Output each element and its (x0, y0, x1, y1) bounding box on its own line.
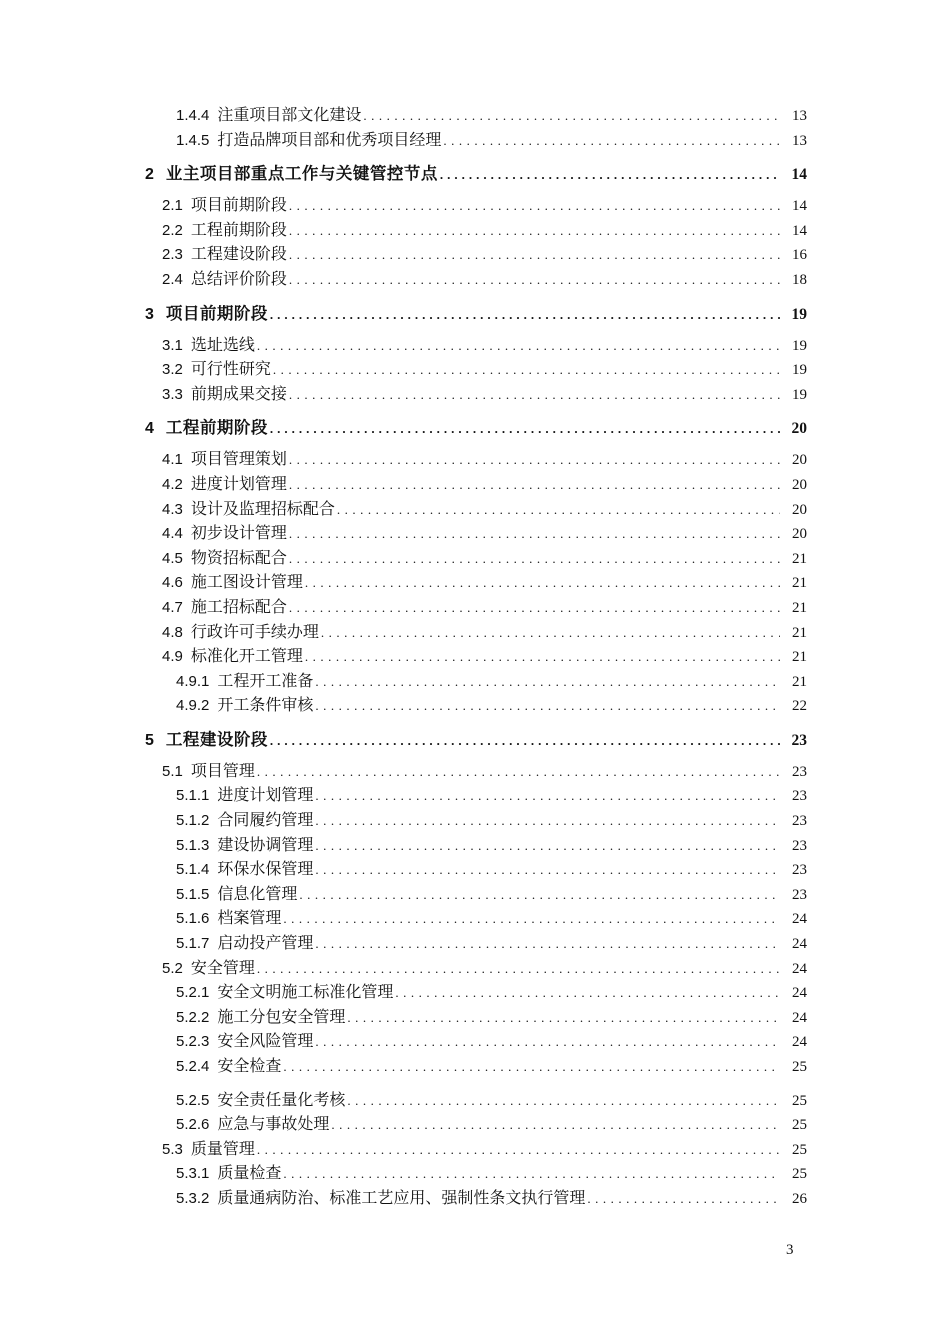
toc-entry-title: 开工条件审核 (217, 694, 313, 719)
toc-entry-page: 13 (783, 129, 807, 154)
toc-entry[interactable]: 4.9 标准化开工管理 ............................… (145, 645, 807, 670)
toc-entry-page: 23 (783, 760, 807, 785)
toc-entry[interactable]: 5.1.3 建设协调管理 ...........................… (145, 834, 807, 859)
toc-entry-title: 行政许可手续办理 (191, 621, 319, 646)
toc-entry-number: 4.1 (162, 448, 183, 473)
toc-entry-number: 1.4.4 (176, 104, 209, 129)
toc-entry[interactable]: 4.1 项目管理策划 .............................… (145, 448, 807, 473)
toc-entry[interactable]: 4.9.1 工程开工准备 ...........................… (145, 670, 807, 695)
toc-entry-page: 24 (783, 907, 807, 932)
toc-entry-page: 18 (783, 268, 807, 293)
toc-entry-number: 4.9 (162, 645, 183, 670)
toc-entry[interactable]: 4.9.2 开工条件审核 ...........................… (145, 694, 807, 719)
toc-entry-title: 项目前期阶段 (166, 301, 268, 327)
toc-entry[interactable]: 2.3 工程建设阶段 .............................… (145, 243, 807, 268)
toc-entry-number: 2.1 (162, 194, 183, 219)
toc-entry[interactable]: 4.7 施工招标配合 .............................… (145, 596, 807, 621)
toc-entry-page: 19 (783, 302, 807, 328)
toc-entry-page: 14 (783, 194, 807, 219)
toc-entry-page: 21 (783, 621, 807, 646)
toc-entry[interactable]: 4.8 行政许可手续办理 ...........................… (145, 621, 807, 646)
toc-entry-number: 4.6 (162, 571, 183, 596)
toc-entry[interactable]: 3.1 选址选线 ...............................… (145, 334, 807, 359)
dot-leader: ........................................… (321, 621, 780, 646)
toc-entry-title: 施工图设计管理 (191, 571, 303, 596)
toc-entry-page: 23 (783, 883, 807, 908)
toc-entry[interactable]: 4.5 物资招标配合 .............................… (145, 547, 807, 572)
toc-entry-number: 5.1.2 (176, 809, 209, 834)
dot-leader: ........................................… (315, 1030, 780, 1055)
dot-leader: ........................................… (315, 670, 780, 695)
toc-entry-title: 进度计划管理 (217, 784, 313, 809)
toc-entry-title: 工程开工准备 (217, 670, 313, 695)
toc-entry-number: 5.2.3 (176, 1030, 209, 1055)
toc-entry-page: 24 (783, 932, 807, 957)
dot-leader: ........................................… (299, 883, 780, 908)
toc-entry-title: 质量检查 (217, 1162, 281, 1187)
toc-entry[interactable]: 5.1 项目管理 ...............................… (145, 760, 807, 785)
toc-entry-number: 5.1.5 (176, 883, 209, 908)
toc-entry-page: 20 (783, 498, 807, 523)
toc-entry-number: 5.2 (162, 957, 183, 982)
toc-entry-page: 14 (783, 162, 807, 188)
dot-leader: ........................................… (257, 957, 780, 982)
toc-entry-number: 5.1.1 (176, 784, 209, 809)
toc-entry-number: 3.1 (162, 334, 183, 359)
toc-entry-title: 进度计划管理 (191, 473, 287, 498)
dot-leader: ........................................… (283, 907, 780, 932)
dot-leader: ........................................… (273, 358, 780, 383)
toc-entry-page: 20 (783, 448, 807, 473)
toc-entry-title: 启动投产管理 (217, 932, 313, 957)
dot-leader: ........................................… (315, 784, 780, 809)
toc-entry-title: 选址选线 (191, 334, 255, 359)
toc-entry-number: 5.1.7 (176, 932, 209, 957)
toc-entry-title: 初步设计管理 (191, 522, 287, 547)
toc-entry[interactable]: 1.4.5 打造品牌项目部和优秀项目经理 ...................… (145, 129, 807, 154)
toc-entry-page: 23 (783, 728, 807, 754)
toc-entry-number: 5.1.3 (176, 834, 209, 859)
toc-entry-title: 施工分包安全管理 (217, 1006, 345, 1031)
toc-entry-title: 信息化管理 (217, 883, 297, 908)
toc-entry-page: 19 (783, 334, 807, 359)
dot-leader: ........................................… (289, 194, 780, 219)
toc-entry-title: 安全管理 (191, 957, 255, 982)
dot-leader: ........................................… (289, 268, 780, 293)
toc-entry-title: 安全责任量化考核 (217, 1089, 345, 1114)
toc-entry[interactable]: 5.1.4 环保水保管理 ...........................… (145, 858, 807, 883)
toc-entry-number: 1.4.5 (176, 129, 209, 154)
toc-entry-number: 5.3.1 (176, 1162, 209, 1187)
toc-entry[interactable]: 5.2.5 安全责任量化考核 .........................… (145, 1089, 807, 1114)
footer-page-number: 3 (786, 1242, 794, 1259)
toc-entry-page: 19 (783, 358, 807, 383)
toc-entry-title: 合同履约管理 (217, 809, 313, 834)
dot-leader: ........................................… (289, 596, 780, 621)
toc-entry-page: 25 (783, 1138, 807, 1163)
toc-entry-title: 注重项目部文化建设 (217, 104, 361, 129)
toc-entry[interactable]: 4.4 初步设计管理 .............................… (145, 522, 807, 547)
toc-entry-number: 2.4 (162, 268, 183, 293)
toc-entry-number: 5.3 (162, 1138, 183, 1163)
toc-entry-number: 3.2 (162, 358, 183, 383)
toc-entry-title: 前期成果交接 (191, 383, 287, 408)
toc-entry[interactable]: 5.2.4 安全检查 .............................… (145, 1055, 807, 1080)
toc-entry[interactable]: 5.1.5 信息化管理 ............................… (145, 883, 807, 908)
dot-leader: ........................................… (289, 522, 780, 547)
dot-leader: ........................................… (289, 243, 780, 268)
toc-entry[interactable]: 2.4 总结评价阶段 .............................… (145, 268, 807, 293)
toc-entry[interactable]: 4.2 进度计划管理 .............................… (145, 473, 807, 498)
toc-entry-page: 21 (783, 596, 807, 621)
toc-entry[interactable]: 2.2 工程前期阶段 .............................… (145, 219, 807, 244)
toc-entry-number: 5.1.6 (176, 907, 209, 932)
toc-entry-page: 23 (783, 809, 807, 834)
toc-entry-page: 25 (783, 1055, 807, 1080)
toc-entry[interactable]: 5.2.2 施工分包安全管理 .........................… (145, 1006, 807, 1031)
toc-entry[interactable]: 4.3 设计及监理招标配合 ..........................… (145, 498, 807, 523)
toc-entry-title: 工程前期阶段 (191, 219, 287, 244)
toc: 1.4.4 注重项目部文化建设 ........................… (145, 104, 807, 1212)
toc-entry-page: 25 (783, 1162, 807, 1187)
toc-entry[interactable]: 5.2.3 安全风险管理 ...........................… (145, 1030, 807, 1055)
toc-entry[interactable]: 5.3.1 质量检查 .............................… (145, 1162, 807, 1187)
toc-entry-title: 档案管理 (217, 907, 281, 932)
toc-entry[interactable]: 4 工程前期阶段 ...............................… (145, 415, 807, 441)
toc-entry-number: 5.2.6 (176, 1113, 209, 1138)
toc-entry[interactable]: 5 工程建设阶段 ...............................… (145, 727, 807, 753)
toc-entry-page: 16 (783, 243, 807, 268)
toc-entry-number: 5.1.4 (176, 858, 209, 883)
dot-leader: ........................................… (347, 1089, 780, 1114)
toc-entry[interactable]: 5.1.6 档案管理 .............................… (145, 907, 807, 932)
toc-entry-page: 24 (783, 1006, 807, 1031)
toc-entry-number: 2 (145, 162, 154, 188)
toc-entry-page: 23 (783, 784, 807, 809)
toc-entry-number: 2.2 (162, 219, 183, 244)
toc-entry-page: 21 (783, 571, 807, 596)
toc-entry-number: 4.7 (162, 596, 183, 621)
toc-entry-page: 21 (783, 547, 807, 572)
toc-entry[interactable]: 3.2 可行性研究 ..............................… (145, 358, 807, 383)
dot-leader: ........................................… (315, 858, 780, 883)
toc-entry-title: 安全检查 (217, 1055, 281, 1080)
toc-entry-number: 4.8 (162, 621, 183, 646)
toc-entry-title: 安全文明施工标准化管理 (217, 981, 393, 1006)
toc-entry-title: 项目管理策划 (191, 448, 287, 473)
toc-entry-number: 4.4 (162, 522, 183, 547)
toc-entry-title: 质量通病防治、标准工艺应用、强制性条文执行管理 (217, 1187, 585, 1212)
toc-entry-title: 项目管理 (191, 760, 255, 785)
dot-leader: ........................................… (363, 104, 780, 129)
document-page: 1.4.4 注重项目部文化建设 ........................… (0, 0, 950, 1344)
dot-leader: ........................................… (270, 302, 780, 328)
dot-leader: ........................................… (283, 1055, 780, 1080)
toc-entry-page: 24 (783, 957, 807, 982)
toc-entry-number: 4.9.2 (176, 694, 209, 719)
toc-entry-page: 25 (783, 1089, 807, 1114)
toc-entry-title: 项目前期阶段 (191, 194, 287, 219)
toc-entry[interactable]: 1.4.4 注重项目部文化建设 ........................… (145, 104, 807, 129)
toc-entry-title: 设计及监理招标配合 (191, 498, 335, 523)
toc-entry-title: 物资招标配合 (191, 547, 287, 572)
toc-entry-title: 工程建设阶段 (191, 243, 287, 268)
toc-entry-number: 5.2.2 (176, 1006, 209, 1031)
dot-leader: ........................................… (315, 932, 780, 957)
toc-entry-page: 21 (783, 670, 807, 695)
dot-leader: ........................................… (283, 1162, 780, 1187)
toc-entry[interactable]: 5.1.7 启动投产管理 ...........................… (145, 932, 807, 957)
toc-entry-title: 应急与事故处理 (217, 1113, 329, 1138)
toc-entry-page: 21 (783, 645, 807, 670)
toc-entry[interactable]: 5.2.6 应急与事故处理 ..........................… (145, 1113, 807, 1138)
toc-entry-page: 20 (783, 416, 807, 442)
toc-entry-page: 19 (783, 383, 807, 408)
dot-leader: ........................................… (331, 1113, 780, 1138)
toc-entry-number: 5.3.2 (176, 1187, 209, 1212)
toc-entry-number: 2.3 (162, 243, 183, 268)
dot-leader: ........................................… (289, 448, 780, 473)
toc-entry[interactable]: 5.3.2 质量通病防治、标准工艺应用、强制性条文执行管理 ..........… (145, 1187, 807, 1212)
toc-entry-number: 5 (145, 728, 154, 754)
toc-entry[interactable]: 4.6 施工图设计管理 ............................… (145, 571, 807, 596)
toc-entry-page: 24 (783, 981, 807, 1006)
dot-leader: ........................................… (289, 219, 780, 244)
dot-leader: ........................................… (337, 498, 780, 523)
toc-entry-page: 14 (783, 219, 807, 244)
toc-entry-title: 建设协调管理 (217, 834, 313, 859)
toc-entry-number: 3 (145, 302, 154, 328)
toc-entry[interactable]: 5.2 安全管理 ...............................… (145, 957, 807, 982)
toc-entry-page: 24 (783, 1030, 807, 1055)
dot-leader: ........................................… (315, 834, 780, 859)
toc-entry-number: 4.3 (162, 498, 183, 523)
dot-leader: ........................................… (289, 473, 780, 498)
toc-entry-page: 20 (783, 473, 807, 498)
toc-entry-page: 26 (783, 1187, 807, 1212)
dot-leader: ........................................… (315, 694, 780, 719)
dot-leader: ........................................… (305, 645, 780, 670)
toc-entry-page: 25 (783, 1113, 807, 1138)
dot-leader: ........................................… (315, 809, 780, 834)
toc-entry-title: 工程建设阶段 (166, 727, 268, 753)
toc-entry-title: 业主项目部重点工作与关键管控节点 (166, 161, 438, 187)
dot-leader: ........................................… (347, 1006, 780, 1031)
toc-entry-number: 4.2 (162, 473, 183, 498)
toc-entry-page: 22 (783, 694, 807, 719)
dot-leader: ........................................… (270, 416, 780, 442)
toc-entry[interactable]: 2 业主项目部重点工作与关键管控节点 .....................… (145, 161, 807, 187)
toc-entry-number: 3.3 (162, 383, 183, 408)
toc-entry[interactable]: 5.1.1 进度计划管理 ...........................… (145, 784, 807, 809)
dot-leader: ........................................… (289, 383, 780, 408)
dot-leader: ........................................… (443, 129, 780, 154)
dot-leader: ........................................… (587, 1187, 780, 1212)
toc-entry-title: 安全风险管理 (217, 1030, 313, 1055)
toc-entry-page: 23 (783, 834, 807, 859)
toc-entry-title: 施工招标配合 (191, 596, 287, 621)
toc-entry-number: 4.5 (162, 547, 183, 572)
toc-entry-title: 质量管理 (191, 1138, 255, 1163)
toc-entry-page: 20 (783, 522, 807, 547)
toc-entry-number: 4 (145, 416, 154, 442)
dot-leader: ........................................… (270, 728, 780, 754)
toc-entry-title: 打造品牌项目部和优秀项目经理 (217, 129, 441, 154)
toc-entry[interactable]: 3 项目前期阶段 ...............................… (145, 301, 807, 327)
dot-leader: ........................................… (289, 547, 780, 572)
toc-entry-number: 5.2.1 (176, 981, 209, 1006)
toc-entry-number: 5.2.5 (176, 1089, 209, 1114)
toc-entry-number: 5.2.4 (176, 1055, 209, 1080)
toc-entry-number: 5.1 (162, 760, 183, 785)
toc-entry[interactable]: 5.3 质量管理 ...............................… (145, 1138, 807, 1163)
toc-entry-title: 可行性研究 (191, 358, 271, 383)
toc-entry-page: 23 (783, 858, 807, 883)
toc-entry-title: 工程前期阶段 (166, 415, 268, 441)
dot-leader: ........................................… (440, 162, 780, 188)
toc-entry[interactable]: 5.2.1 安全文明施工标准化管理 ......................… (145, 981, 807, 1006)
dot-leader: ........................................… (257, 760, 780, 785)
toc-entry-title: 环保水保管理 (217, 858, 313, 883)
toc-entry-title: 标准化开工管理 (191, 645, 303, 670)
toc-entry-page: 13 (783, 104, 807, 129)
toc-entry-title: 总结评价阶段 (191, 268, 287, 293)
dot-leader: ........................................… (257, 1138, 780, 1163)
dot-leader: ........................................… (395, 981, 780, 1006)
dot-leader: ........................................… (305, 571, 780, 596)
toc-entry[interactable]: 5.1.2 合同履约管理 ...........................… (145, 809, 807, 834)
toc-entry-number: 4.9.1 (176, 670, 209, 695)
toc-entry[interactable]: 3.3 前期成果交接 .............................… (145, 383, 807, 408)
toc-entry[interactable]: 2.1 项目前期阶段 .............................… (145, 194, 807, 219)
dot-leader: ........................................… (257, 334, 780, 359)
